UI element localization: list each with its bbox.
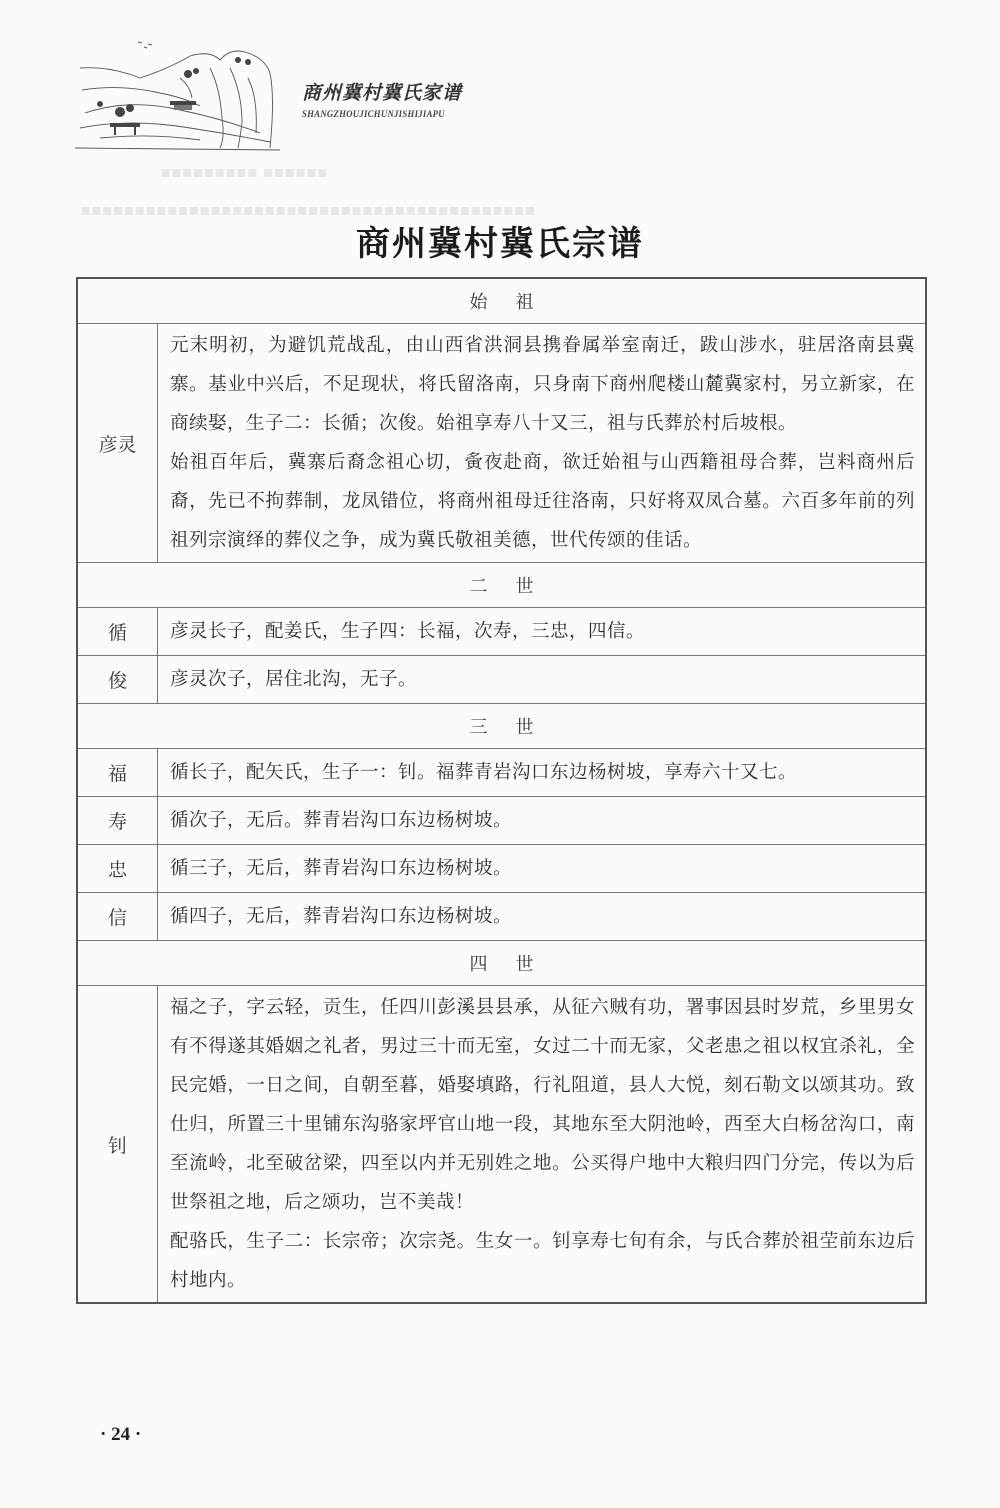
member-row: 寿 循次子，无后。葬青岩沟口东边杨树坡。 (77, 797, 926, 845)
member-description: 循长子，配矢氏，生子一：钊。福葬青岩沟口东边杨树坡，享寿六十又七。 (158, 749, 927, 797)
member-description: 彦灵次子，居住北沟，无子。 (158, 656, 927, 704)
generation-heading-row: 四世 (77, 941, 926, 986)
member-description: 元末明初，为避饥荒战乱，由山西省洪洞县携眷属举室南迁，跋山涉水，驻居洛南县冀寨。… (158, 324, 927, 563)
landscape-illustration (70, 38, 285, 156)
member-name: 福 (77, 749, 158, 797)
member-description: 循四子，无后，葬青岩沟口东边杨树坡。 (158, 893, 927, 941)
description-paragraph: 福之子，字云轻，贡生，任四川彭溪县县承，从征六贼有功，署事因县时岁荒，乡里男女有… (170, 988, 915, 1222)
genealogy-table: 始祖 彦灵 元末明初，为避饥荒战乱，由山西省洪洞县携眷属举室南迁，跋山涉水，驻居… (76, 277, 927, 1304)
member-description: 彦灵长子，配姜氏，生子四：长福，次寿，三忠，四信。 (158, 608, 927, 656)
description-paragraph: 配骆氏，生子二：长宗帝；次宗尧。生女一。钊享寿七旬有余，与氏合葬於祖茔前东边后村… (170, 1222, 915, 1300)
book-title-pinyin: SHANGZHOUJICHUNJISHIJIAPU (302, 110, 445, 120)
generation-heading-row: 始祖 (77, 278, 926, 324)
member-row: 彦灵 元末明初，为避饥荒战乱，由山西省洪洞县携眷属举室南迁，跋山涉水，驻居洛南县… (77, 324, 926, 563)
generation-heading-row: 二世 (77, 563, 926, 608)
member-row: 忠 循三子，无后，葬青岩沟口东边杨树坡。 (77, 845, 926, 893)
generation-heading: 二世 (77, 563, 926, 608)
member-row: 福 循长子，配矢氏，生子一：钊。福葬青岩沟口东边杨树坡，享寿六十又七。 (77, 749, 926, 797)
member-name: 循 (77, 608, 158, 656)
bleed-through-text: ▪▪▪▪▪▪▪▪▪ ▪▪▪▪▪▪ (160, 162, 328, 181)
member-name: 信 (77, 893, 158, 941)
description-paragraph: 始祖百年后，冀寨后裔念祖心切，夤夜赴商，欲迁始祖与山西籍祖母合葬，岂料商州后裔，… (170, 443, 915, 560)
member-description: 循三子，无后，葬青岩沟口东边杨树坡。 (158, 845, 927, 893)
member-name: 俊 (77, 656, 158, 704)
member-description: 福之子，字云轻，贡生，任四川彭溪县县承，从征六贼有功，署事因县时岁荒，乡里男女有… (158, 986, 927, 1304)
member-row: 钊 福之子，字云轻，贡生，任四川彭溪县县承，从征六贼有功，署事因县时岁荒，乡里男… (77, 986, 926, 1304)
member-name: 寿 (77, 797, 158, 845)
member-row: 信 循四子，无后，葬青岩沟口东边杨树坡。 (77, 893, 926, 941)
member-description: 循次子，无后。葬青岩沟口东边杨树坡。 (158, 797, 927, 845)
document-title: 商州冀村冀氏宗谱 (0, 216, 1000, 265)
generation-heading: 三世 (77, 704, 926, 749)
page-number: · 24 · (100, 1424, 141, 1446)
generation-heading: 始祖 (77, 278, 926, 324)
member-row: 循 彦灵长子，配姜氏，生子四：长福，次寿，三忠，四信。 (77, 608, 926, 656)
member-name: 彦灵 (77, 324, 158, 563)
generation-heading: 四世 (77, 941, 926, 986)
book-title: 商州冀村冀氏家谱 (302, 78, 462, 105)
description-paragraph: 元末明初，为避饥荒战乱，由山西省洪洞县携眷属举室南迁，跋山涉水，驻居洛南县冀寨。… (170, 326, 915, 443)
member-name: 忠 (77, 845, 158, 893)
member-row: 俊 彦灵次子，居住北沟，无子。 (77, 656, 926, 704)
member-name: 钊 (77, 986, 158, 1304)
generation-heading-row: 三世 (77, 704, 926, 749)
running-header: 商州冀村冀氏家谱 SHANGZHOUJICHUNJISHIJIAPU (70, 38, 490, 158)
